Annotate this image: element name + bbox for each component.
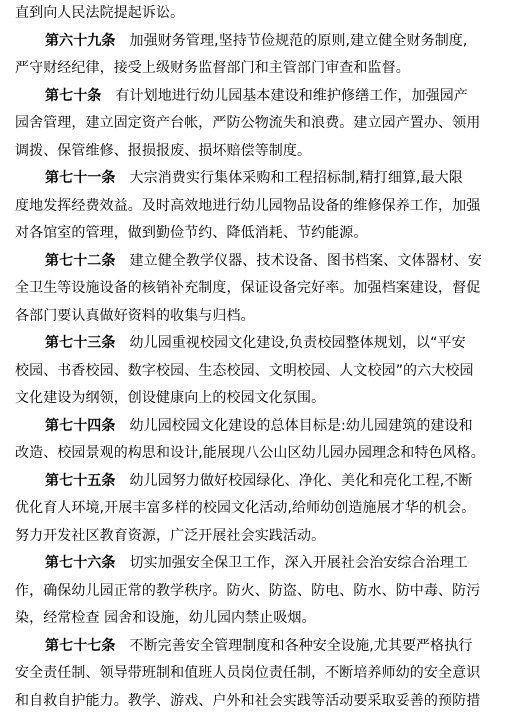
article-75: 第七十五条幼儿园努力做好校园绿化、净化、美化和亮化工程,不断 优化育人环境,开展…	[15, 468, 483, 551]
article-number: 第七十三条	[45, 335, 116, 351]
paragraph-continuation: 直到向人民法院提起诉讼。	[15, 0, 483, 28]
article-number: 第七十五条	[45, 473, 116, 489]
article-70: 第七十条有计划地进行幼儿园基本建设和维护修缮工作，加强园产 园舍管理，建立固定资…	[15, 83, 483, 166]
article-number: 第七十条	[45, 88, 101, 104]
text-line: 各部门要认真做好资料的收集与归档。	[15, 303, 483, 331]
text-line: 第七十二条建立健全教学仪器、技术设备、图书档案、文体器材、安	[15, 248, 483, 276]
text-line: 第七十四条幼儿园校园文化建设的总体目标是:幼儿园建筑的建设和	[15, 413, 483, 441]
article-number: 第七十四条	[45, 418, 116, 434]
article-text: 切实加强安全保卫工作，深入开展社会治安综合治理工	[130, 555, 468, 571]
text-line: 第七十七条不断完善安全管理制度和各种安全设施,尤其要严格执行	[15, 633, 483, 661]
text-line: 校园、书香校园、数字校园、生态校园、文明校园、人文校园”的六大校园	[15, 358, 483, 386]
article-number: 第七十一条	[45, 170, 116, 186]
text-line: 第七十三条幼儿园重视校园文化建设,负责校园整体规划，以“平安	[15, 330, 483, 358]
article-text: 加强财务管理,坚持节俭规范的原则,建立健全财务制度,	[130, 33, 468, 49]
article-text: 幼儿园校园文化建设的总体目标是:幼儿园建筑的建设和	[130, 418, 473, 434]
article-text: 不断完善安全管理制度和各种安全设施,尤其要严格执行	[130, 638, 473, 654]
text-line: 第七十条有计划地进行幼儿园基本建设和维护修缮工作，加强园产	[15, 83, 483, 111]
text-line: 第六十九条加强财务管理,坚持节俭规范的原则,建立健全财务制度,	[15, 28, 483, 56]
text-line: 努力开发社区教育资源，广泛开展社会实践活动。	[15, 523, 483, 551]
text-line: 第七十五条幼儿园努力做好校园绿化、净化、美化和亮化工程,不断	[15, 468, 483, 496]
article-number: 第七十六条	[45, 555, 116, 571]
text-line: 优化育人环境,开展丰富多样的校园文化活动,给师幼创造施展才华的机会。	[15, 495, 483, 523]
text-line: 第七十一条大宗消费实行集体采购和工程招标制,精打细算,最大限	[15, 165, 483, 193]
text-line: 调拨、保管维修、报损报废、损坏赔偿等制度。	[15, 138, 483, 166]
text-line: 改造、校园景观的构思和设计,能展现八公山区幼儿园办园理念和特色风格。	[15, 440, 483, 468]
article-text: 幼儿园重视校园文化建设,负责校园整体规划，以“平安	[130, 335, 466, 351]
text-line: 安全责任制、领导带班制和值班人员岗位责任制，不断培养师幼的安全意识	[15, 660, 483, 688]
article-73: 第七十三条幼儿园重视校园文化建设,负责校园整体规划，以“平安 校园、书香校园、数…	[15, 330, 483, 413]
article-69: 第六十九条加强财务管理,坚持节俭规范的原则,建立健全财务制度, 严守财经纪律，接…	[15, 28, 483, 83]
article-71: 第七十一条大宗消费实行集体采购和工程招标制,精打细算,最大限 度地发挥经费效益。…	[15, 165, 483, 248]
text-line: 对各馆室的管理，做到勤俭节约、降低消耗、节约能源。	[15, 220, 483, 248]
article-text: 大宗消费实行集体采购和工程招标制,精打细算,最大限	[130, 170, 463, 186]
text-line: 和自救自护能力。教学、游戏、户外和社会实践等活动要采取妥善的预防措	[15, 688, 483, 716]
article-74: 第七十四条幼儿园校园文化建设的总体目标是:幼儿园建筑的建设和 改造、校园景观的构…	[15, 413, 483, 468]
text-line: 第七十六条切实加强安全保卫工作，深入开展社会治安综合治理工	[15, 550, 483, 578]
text-line: 全卫生等设施设备的核销补充制度，保证设备完好率。加强档案建设，督促	[15, 275, 483, 303]
article-number: 第六十九条	[45, 33, 116, 49]
document-body: 直到向人民法院提起诉讼。 第六十九条加强财务管理,坚持节俭规范的原则,建立健全财…	[15, 0, 483, 715]
article-text: 有计划地进行幼儿园基本建设和维护修缮工作，加强园产	[115, 88, 468, 104]
article-text: 幼儿园努力做好校园绿化、净化、美化和亮化工程,不断	[130, 473, 473, 489]
article-77: 第七十七条不断完善安全管理制度和各种安全设施,尤其要严格执行 安全责任制、领导带…	[15, 633, 483, 716]
text-line: 作，确保幼儿园正常的教学秩序。防火、防盗、防电、防水、防中毒、防污	[15, 578, 483, 606]
text-line: 园舍管理，建立固定资产台帐，严防公物流失和浪费。建立园产置办、领用	[15, 110, 483, 138]
article-76: 第七十六条切实加强安全保卫工作，深入开展社会治安综合治理工 作，确保幼儿园正常的…	[15, 550, 483, 633]
article-72: 第七十二条建立健全教学仪器、技术设备、图书档案、文体器材、安 全卫生等设施设备的…	[15, 248, 483, 331]
text-line: 直到向人民法院提起诉讼。	[15, 0, 483, 28]
text-line: 度地发挥经费效益。及时高效地进行幼儿园物品设备的维修保养工作，加强	[15, 193, 483, 221]
text-line: 严守财经纪律，接受上级财务监督部门和主管部门审查和监督。	[15, 55, 483, 83]
article-number: 第七十二条	[45, 253, 116, 269]
text-line: 文化建设为纲领，创设健康向上的校园文化氛围。	[15, 385, 483, 413]
article-number: 第七十七条	[45, 638, 116, 654]
text-line: 染，经常检查 园舍和设施，幼儿园内禁止吸烟。	[15, 605, 483, 633]
article-text: 建立健全教学仪器、技术设备、图书档案、文体器材、安	[130, 253, 483, 269]
